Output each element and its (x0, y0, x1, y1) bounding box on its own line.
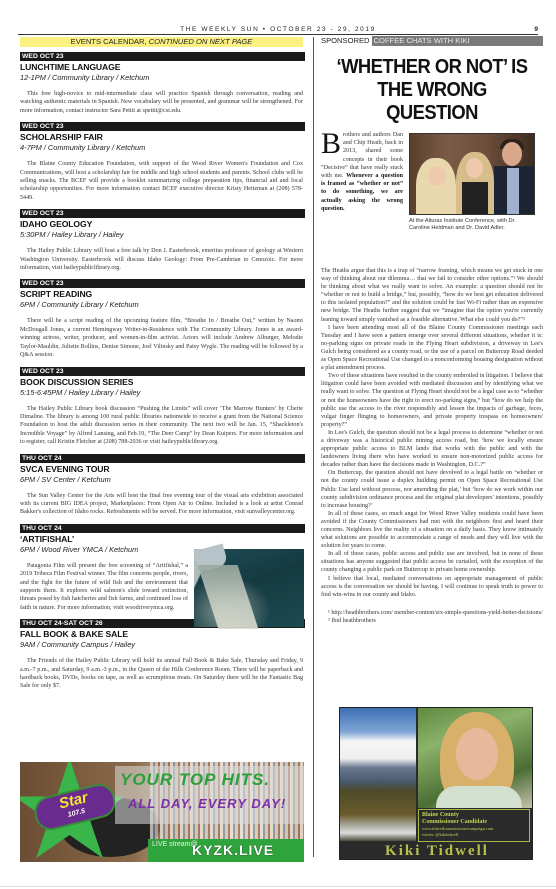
event-description: The Friends of the Hailey Public Library… (20, 657, 305, 691)
shirt-shape (507, 168, 519, 215)
star-1075-radio-ad[interactable]: Star 107.5 YOUR TOP HITS. ALL DAY, EVERY… (20, 762, 304, 862)
event-idaho-geology: WED OCT 23 IDAHO GEOLOGY 5:30PM / Hailey… (20, 209, 305, 272)
event-svca-evening-tour: THU OCT 24 SVCA EVENING TOUR 6PM / SV Ce… (20, 454, 305, 517)
campaign-twitter[interactable]: twitter: @kikitidwell (422, 832, 526, 838)
event-date: WED OCT 23 (20, 279, 305, 288)
candidate-county: Blaine County (422, 812, 526, 819)
event-artifishal: THU OCT 24 ‘ARTIFISHAL’ 6PM / Wood River… (20, 524, 305, 612)
event-description: The Sun Valley Center for the Arts will … (20, 492, 305, 517)
candidate-office: Commissioner Candidate (422, 819, 526, 826)
opinion-column: SPONSORED COFFEE CHATS WITH KIKI ‘WHETHE… (321, 36, 543, 625)
event-script-reading: WED OCT 23 SCRIPT READING 6PM / Communit… (20, 279, 305, 359)
event-title: SCHOLARSHIP FAIR (20, 132, 305, 143)
page-number: 9 (534, 26, 538, 34)
fish-stream-shape (198, 565, 259, 629)
event-fall-book-bake-sale: THU OCT 24-SAT OCT 26 FALL BOOK & BAKE S… (20, 619, 305, 691)
candidate-info-box: Blaine County Commissioner Candidate www… (418, 809, 530, 842)
event-date: WED OCT 23 (20, 367, 305, 376)
article-paragraph: I have been attending most all of the Bl… (321, 324, 543, 373)
article-lead: Brothers and authors Dan and Chip Heath,… (321, 131, 543, 271)
live-stream-label: LIVE stream@ (152, 841, 198, 849)
continued-notice: CONTINUED ON NEXT PAGE (149, 37, 253, 46)
clothing-shape (462, 182, 488, 215)
face-shape (502, 142, 522, 166)
event-title: FALL BOOK & BAKE SALE (20, 629, 305, 640)
article-paragraph: Two of these situations have resulted in… (321, 372, 543, 429)
page-bottom-rule (0, 886, 556, 887)
event-meta: 9AM / Community Campus / Hailey (20, 640, 305, 649)
event-title: ‘ARTIFISHAL’ (20, 534, 305, 545)
footnote-2: ² Ibid heathbrothers (321, 617, 543, 625)
event-meta: 4-7PM / Community Library / Ketchum (20, 143, 305, 152)
event-title: SCRIPT READING (20, 289, 305, 300)
kiki-tidwell-campaign-ad[interactable]: Blaine County Commissioner Candidate www… (339, 707, 533, 860)
event-title: BOOK DISCUSSION SERIES (20, 377, 305, 388)
slogan-line-1: YOUR TOP HITS. (120, 770, 304, 790)
event-title: SVCA EVENING TOUR (20, 464, 305, 475)
banner-title: EVENTS CALENDAR, (71, 37, 149, 46)
event-scholarship-fair: WED OCT 23 SCHOLARSHIP FAIR 4-7PM / Comm… (20, 122, 305, 202)
jacket-shape (436, 786, 522, 808)
series-label: COFFEE CHATS WITH KIKI (372, 36, 543, 46)
event-date: WED OCT 23 (20, 209, 305, 218)
events-calendar: EVENTS CALENDAR, CONTINUED ON NEXT PAGE … (20, 37, 305, 698)
event-description: This free high-novice to mid-intermediat… (20, 90, 305, 115)
conference-photo (409, 133, 535, 215)
article-headline: ‘WHETHER OR NOT’ IS THE WRONG QUESTION (330, 56, 534, 125)
event-meta: 6PM / SV Center / Ketchum (20, 475, 305, 484)
event-meta: 12-1PM / Community Library / Ketchum (20, 73, 305, 82)
photo-caption: At the Alturas Institute Conference, wit… (409, 218, 537, 232)
event-meta: 5:30PM / Hailey Library / Hailey (20, 230, 305, 239)
article-paragraph: The Heaths argue that this is a trap of … (321, 267, 543, 324)
mountain-photo (340, 708, 416, 841)
event-description: The Hailey Public Library book discussio… (20, 405, 305, 447)
candidate-name: Kiki Tidwell (340, 842, 533, 860)
event-book-discussion-series: WED OCT 23 BOOK DISCUSSION SERIES 5:15-6… (20, 367, 305, 447)
events-calendar-banner: EVENTS CALENDAR, CONTINUED ON NEXT PAGE (20, 37, 303, 47)
sponsored-label: SPONSORED (321, 36, 372, 46)
sponsored-bar: SPONSORED COFFEE CHATS WITH KIKI (321, 36, 543, 46)
face-shape (456, 728, 498, 780)
event-meta: 6PM / Community Library / Ketchum (20, 300, 305, 309)
event-title: IDAHO GEOLOGY (20, 219, 305, 230)
salmon-release-photo (194, 549, 304, 627)
article-paragraph: In Lee's Gulch, the question should not … (321, 429, 543, 469)
footnotes: ¹ http://heathbrothers.com/ member-conte… (321, 609, 543, 625)
face-shape (428, 166, 446, 186)
article-paragraph: On Buttercup, the question should not ha… (321, 469, 543, 509)
event-description: The Blaine County Education Foundation, … (20, 160, 305, 202)
stream-url[interactable]: KYZK.LIVE (192, 842, 274, 858)
slogan-line-2: ALL DAY, EVERY DAY! (128, 796, 304, 812)
event-description: The Hailey Public Library will host a fr… (20, 247, 305, 272)
event-date: THU OCT 24 (20, 454, 305, 463)
face-shape (466, 158, 483, 178)
article-body: The Heaths argue that this is a trap of … (321, 267, 543, 599)
event-description: There will be a script reading of the up… (20, 317, 305, 359)
footnote-1[interactable]: ¹ http://heathbrothers.com/ member-conte… (321, 609, 543, 617)
article-paragraph: In all of these cases, so much angst for… (321, 510, 543, 550)
event-lunchtime-language: WED OCT 23 LUNCHTIME LANGUAGE 12-1PM / C… (20, 52, 305, 115)
event-title: LUNCHTIME LANGUAGE (20, 62, 305, 73)
masthead: THE WEEKLY SUN • OCTOBER 23 - 29, 2019 9 (18, 26, 538, 35)
event-description: Patagonia Film will present the free scr… (20, 562, 190, 612)
article-intro: Brothers and authors Dan and Chip Heath,… (321, 131, 403, 213)
event-date: WED OCT 23 (20, 122, 305, 131)
article-paragraph: I believe that local, mediated conversat… (321, 575, 543, 599)
column-divider (313, 37, 314, 857)
event-meta: 5:15-6:45PM / Hailey Library / Hailey (20, 388, 305, 397)
drop-cap: B (321, 132, 341, 156)
event-date: WED OCT 23 (20, 52, 305, 61)
article-paragraph: In all of these cases, public access and… (321, 550, 543, 574)
publication-dateline: THE WEEKLY SUN • OCTOBER 23 - 29, 2019 (180, 26, 376, 33)
event-date: THU OCT 24 (20, 524, 305, 533)
